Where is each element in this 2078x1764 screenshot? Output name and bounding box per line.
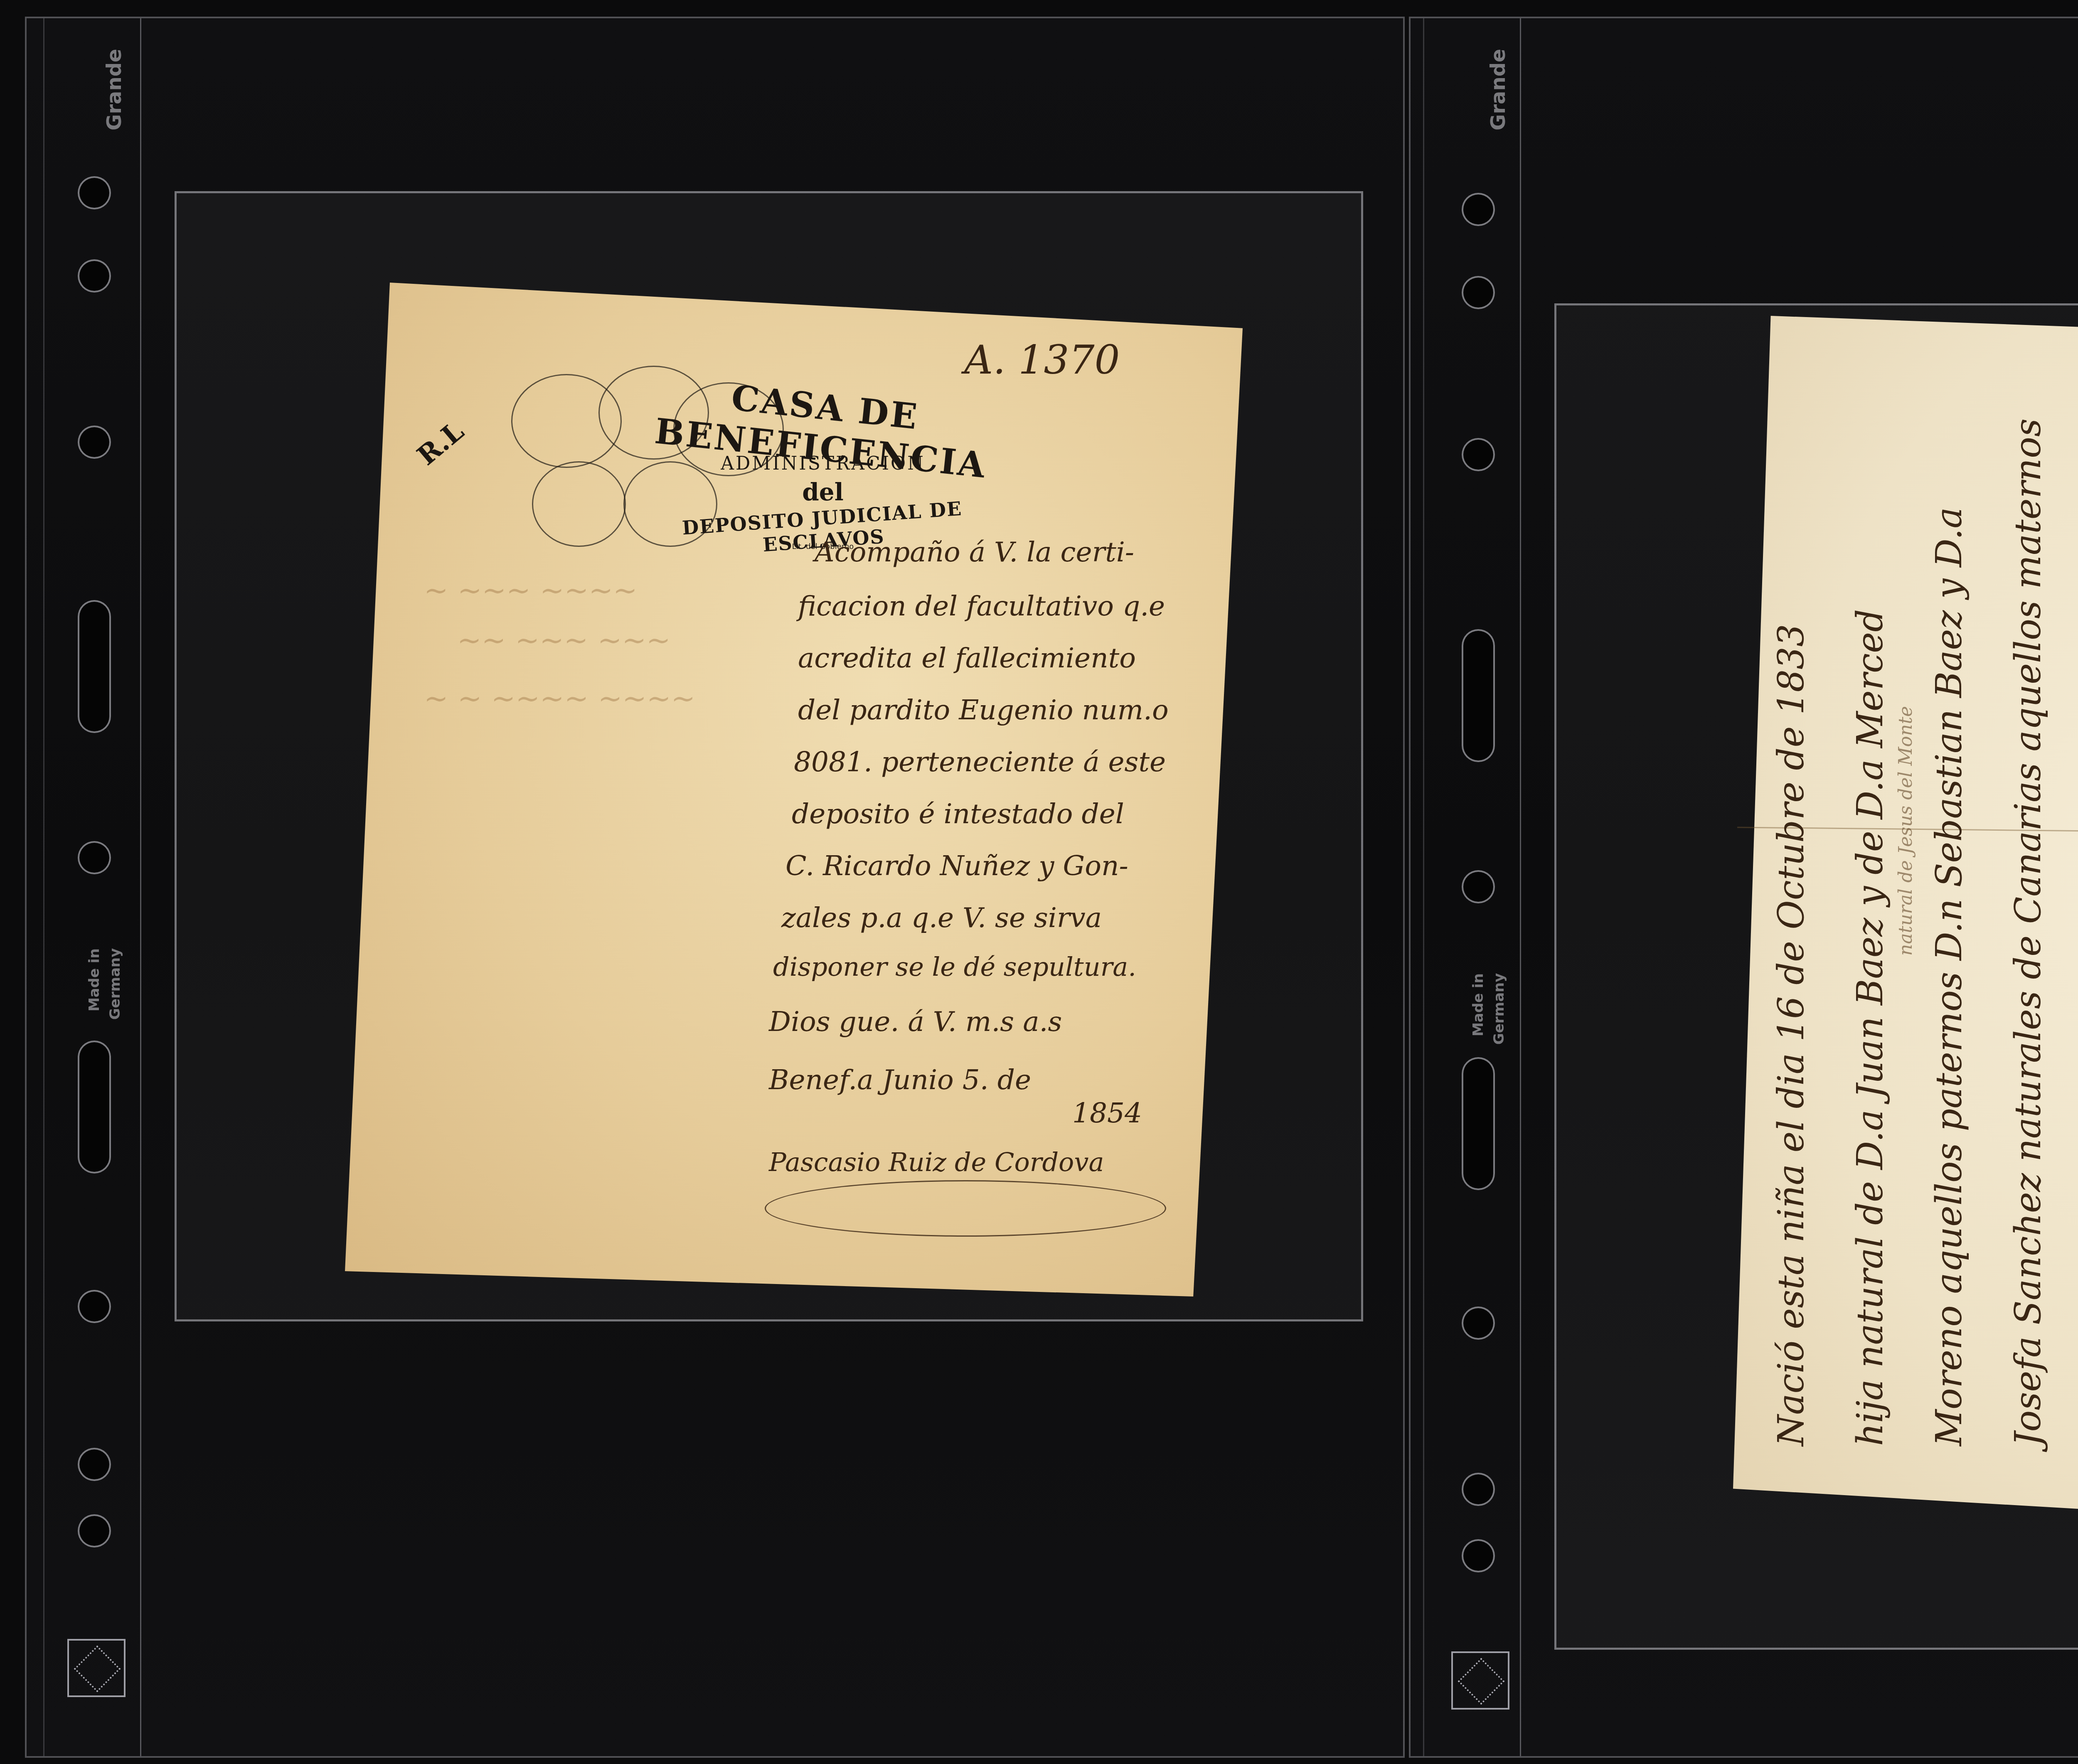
- origin-label-line1: Made in: [1470, 973, 1487, 1036]
- origin-label-line2: Germany: [1491, 973, 1507, 1045]
- punch-hole: [78, 841, 111, 874]
- punch-hole: [78, 1448, 111, 1481]
- body-line: Acompaño á V. la certi-: [815, 536, 1134, 568]
- body-line: zales p.a q.e V. se sirva: [781, 902, 1102, 934]
- body-line: 1854: [1072, 1097, 1142, 1129]
- body-line: acredita el fallecimiento: [798, 642, 1136, 674]
- left-page-punch-strip: Grande Made in Germany: [43, 18, 141, 1756]
- punch-slot: [1462, 1057, 1495, 1190]
- body-line: Josefa Sanchez naturales de Canarias aqu…: [2007, 418, 2049, 1446]
- bleed-through-text: ~ ~~~ ~~~~: [424, 573, 638, 608]
- punch-slot: [78, 1041, 111, 1174]
- letterhead-administracion: ADMINISTRACION: [619, 453, 1027, 474]
- ornament-scroll: [532, 461, 626, 547]
- body-line: disponer se le dé sepultura.: [773, 952, 1136, 982]
- punch-hole: [1462, 1306, 1495, 1340]
- letterhead: R.L CASA DE BENEFICENCIA ADMINISTRACION …: [416, 324, 823, 557]
- punch-hole: [1462, 276, 1495, 309]
- body-line: C. Ricardo Nuñez y Gon-: [785, 850, 1128, 882]
- stamp-in-diamond-logo-icon: [67, 1639, 126, 1697]
- signature-flourish: [765, 1180, 1166, 1237]
- body-line: Dios gue. á V. m.s a.s: [769, 1006, 1062, 1038]
- punch-hole: [1462, 870, 1495, 903]
- signature: Pascasio Ruiz de Cordova: [769, 1147, 1104, 1177]
- body-line: Nació esta niña el dia 16 de Octubre de …: [1770, 624, 1812, 1446]
- body-line: Moreno aquellos paternos D.n Sebastian B…: [1928, 507, 1970, 1446]
- brand-label: Grande: [1487, 49, 1510, 130]
- punch-hole: [78, 1514, 111, 1547]
- punch-hole: [78, 1290, 111, 1323]
- stamp-in-diamond-logo-icon: [1451, 1651, 1509, 1710]
- diamond-icon: [74, 1645, 121, 1692]
- punch-hole: [1462, 1473, 1495, 1506]
- interlinear-note: natural de Jesus del Monte: [1895, 706, 1916, 956]
- right-page-punch-strip: Grande Made in Germany: [1423, 18, 1521, 1756]
- punch-hole: [1462, 193, 1495, 226]
- brand-label: Grande: [103, 49, 126, 130]
- body-line: 8081. perteneciente á este: [794, 746, 1166, 778]
- origin-label-line1: Made in: [86, 948, 103, 1011]
- punch-hole: [78, 259, 111, 293]
- body-line: ficacion del facultativo q.e: [798, 590, 1165, 622]
- punch-hole: [78, 176, 111, 209]
- punch-slot: [1462, 629, 1495, 762]
- body-line: hija natural de D.a Juan Baez y de D.a M…: [1849, 609, 1891, 1446]
- diamond-icon: [1458, 1658, 1504, 1705]
- punch-slot: [78, 600, 111, 733]
- body-line: Benef.a Junio 5. de: [769, 1064, 1031, 1096]
- bleed-through-text: ~ ~ ~~~~ ~~~~: [424, 681, 695, 716]
- punch-hole: [1462, 438, 1495, 471]
- bleed-through-text: ~~ ~~~ ~~~: [457, 623, 671, 657]
- punch-hole: [78, 426, 111, 459]
- body-line: del pardito Eugenio num.o: [798, 694, 1169, 726]
- body-line: deposito é intestado del: [792, 798, 1124, 830]
- file-number: A. 1370: [964, 337, 1120, 383]
- punch-hole: [1462, 1539, 1495, 1572]
- letterhead-prefix: R.L: [411, 416, 470, 472]
- origin-label-line2: Germany: [107, 948, 123, 1020]
